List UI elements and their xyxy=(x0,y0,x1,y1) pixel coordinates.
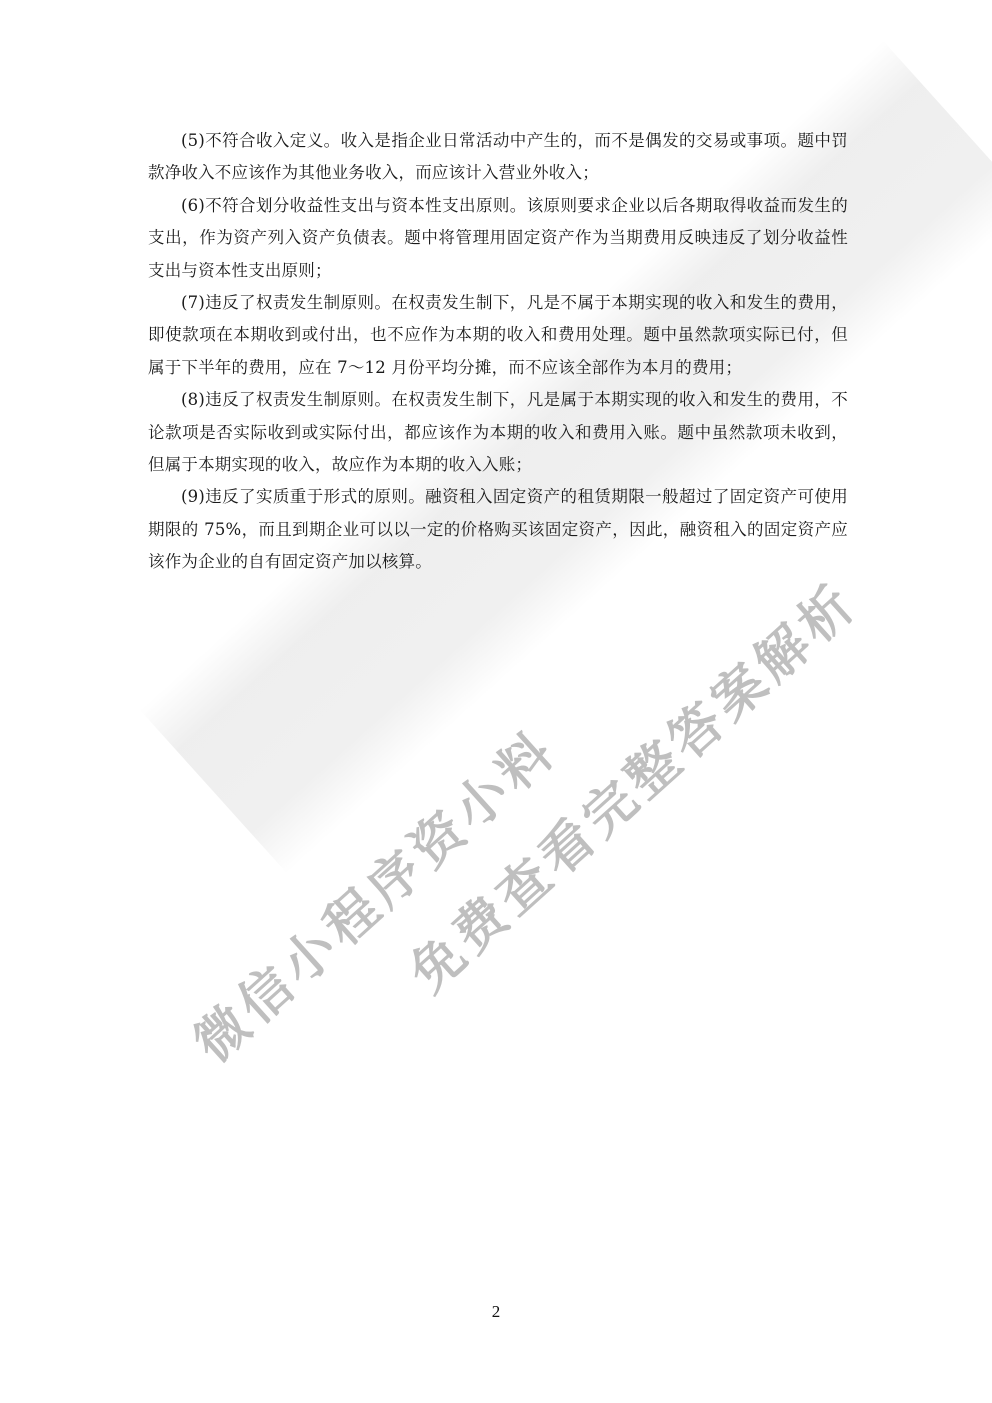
document-page: 微信小程序资小料 免费查看完整答案解析 (5)不符合收入定义。收入是指企业日常活… xyxy=(0,0,992,1403)
document-body: (5)不符合收入定义。收入是指企业日常活动中产生的，而不是偶发的交易或事项。题中… xyxy=(148,125,848,579)
paragraph-5: (5)不符合收入定义。收入是指企业日常活动中产生的，而不是偶发的交易或事项。题中… xyxy=(148,125,848,190)
paragraph-9: (9)违反了实质重于形式的原则。融资租入固定资产的租赁期限一般超过了固定资产可使… xyxy=(148,481,848,578)
paragraph-7: (7)违反了权责发生制原则。在权责发生制下，凡是不属于本期实现的收入和发生的费用… xyxy=(148,287,848,384)
paragraph-6: (6)不符合划分收益性支出与资本性支出原则。该原则要求企业以后各期取得收益而发生… xyxy=(148,190,848,287)
watermark-text-line2: 免费查看完整答案解析 xyxy=(390,562,871,1006)
watermark-text-line1: 微信小程序资小料 xyxy=(175,710,570,1076)
paragraph-8: (8)违反了权责发生制原则。在权责发生制下，凡是属于本期实现的收入和发生的费用，… xyxy=(148,384,848,481)
page-number: 2 xyxy=(0,1302,992,1322)
